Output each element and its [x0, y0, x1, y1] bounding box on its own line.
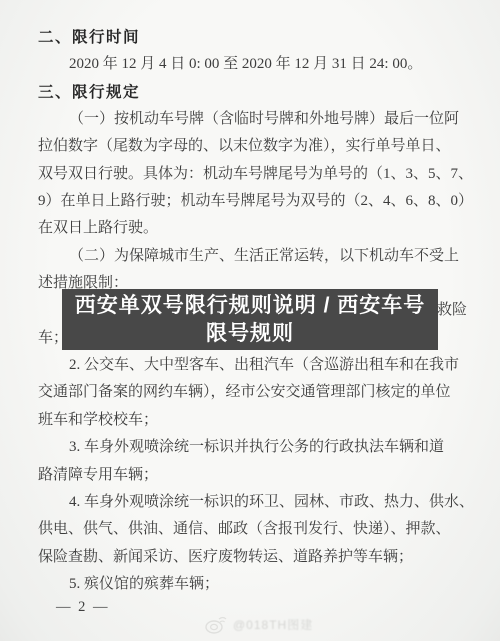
exempt-item-3-line: 路清障专用车辆； — [38, 462, 464, 489]
exempt-item-2-line: 班车和学校校车； — [38, 407, 464, 434]
watermark-text: @018TH图建 — [233, 616, 313, 633]
exempt-item-4-line: 供电、供气、供油、通信、邮政（含报刊发行、快递）、押款、 — [38, 516, 464, 543]
page-number: — 2 — — [56, 599, 110, 616]
occluded-text-fragment: 救险 — [437, 297, 467, 324]
exempt-item-5-line: 5. 殡仪馆的殡葬车辆； — [38, 571, 464, 598]
paragraph-two-line: （二）为保障城市生产、生活正常运转，以下机动车不受上 — [38, 243, 464, 270]
paragraph-one-line: 9）在单日上路行驶；机动车号牌尾号为双号的（2、4、6、8、0） — [38, 188, 464, 215]
exempt-item-2-line: 交通部门备案的网约车辆），经市公安交通管理部门核定的单位 — [38, 379, 464, 406]
overlay-title-banner: 西安单双号限行规则说明 / 西安车号 限号规则 — [62, 289, 438, 350]
watermark: @018TH图建 — [204, 611, 313, 637]
paragraph-one-line: （一）按机动车号牌（含临时号牌和外地号牌）最后一位阿 — [38, 106, 464, 133]
overlay-title-line1: 西安单双号限行规则说明 / 西安车号 — [75, 292, 426, 320]
section-heading-restriction-time: 二、限行时间 — [38, 24, 464, 51]
exempt-item-4-line: 4. 车身外观喷涂统一标识的环卫、园林、市政、热力、供水、 — [38, 489, 464, 516]
paragraph-one-line: 在双日上路行驶。 — [38, 215, 464, 242]
paragraph-one-line: 双号双日行驶。具体为：机动车号牌尾号为单号的（1、3、5、7、 — [38, 161, 464, 188]
exempt-item-2-line: 2. 公交车、大中型客车、出租汽车（含巡游出租车和在我市 — [38, 352, 464, 379]
exempt-item-3-line: 3. 车身外观喷涂统一标识并执行公务的行政执法车辆和道 — [38, 434, 464, 461]
exempt-item-4-line: 保险查勘、新闻采访、医疗废物转运、道路养护等车辆； — [38, 544, 464, 571]
weibo-eye-icon — [204, 613, 228, 635]
overlay-title-line2: 限号规则 — [206, 320, 294, 348]
restriction-date-range: 2020 年 12 月 4 日 0: 00 至 2020 年 12 月 31 日… — [38, 51, 464, 78]
paragraph-one-line: 拉伯数字（尾数为字母的、以末位数字为准），实行单号单日、 — [38, 133, 464, 160]
scanned-document-page: 二、限行时间 2020 年 12 月 4 日 0: 00 至 2020 年 12… — [0, 0, 500, 641]
section-heading-restriction-rules: 三、限行规定 — [38, 79, 464, 106]
